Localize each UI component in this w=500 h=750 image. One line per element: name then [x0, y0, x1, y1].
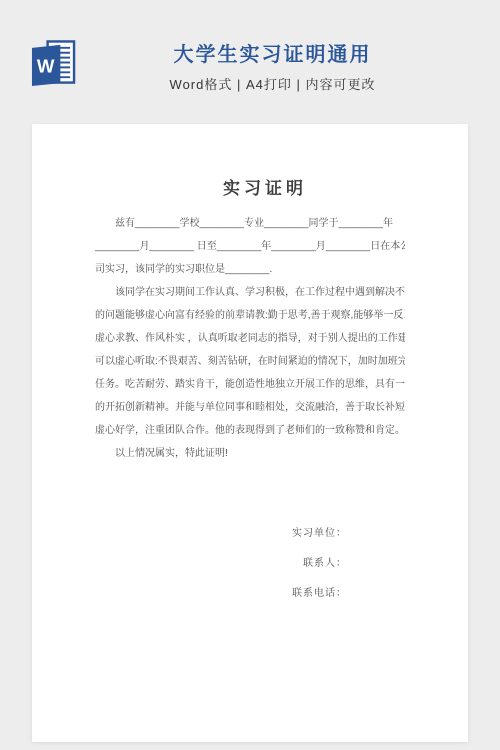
word-icon-graphic: W	[30, 40, 77, 86]
document-body: 兹有________学校________专业________同学于_______…	[95, 212, 405, 465]
text-line: 司实习，该同学的实习职位是________.	[95, 258, 405, 281]
text-line: 以上情况属实，特此证明!	[95, 442, 405, 465]
header: W 大学生实习证明通用 Word格式 | A4打印 | 内容可更改	[0, 0, 500, 124]
text-line: 的问题能够虚心向富有经验的前辈请教:勤于思考,善于观察,能够举一反三:	[95, 304, 405, 327]
document-title: 实习证明	[95, 180, 405, 197]
paragraph-2: 该同学在实习期间工作认真、学习积极，在工作过程中遇到解决不了的问题能够虚心向富有…	[95, 281, 405, 442]
word-icon-letter: W	[37, 55, 55, 76]
text-line: 该同学在实习期间工作认真、学习积极，在工作过程中遇到解决不了	[95, 281, 405, 304]
signature-contact-label: 联系人：	[95, 549, 347, 579]
text-line: 虚心求教、作风朴实 ，认真听取老同志的指导，对于别人提出的工作建议，	[95, 327, 405, 350]
paragraph-3: 以上情况属实，特此证明!	[95, 442, 405, 465]
signature-unit-label: 实习单位：	[95, 519, 347, 549]
word-icon: W	[30, 40, 77, 86]
document-page: 实习证明 兹有________学校________专业________同学于__…	[32, 124, 468, 742]
signature-block: 实习单位：联系人：联系电话：	[95, 519, 405, 609]
signature-phone-label: 联系电话：	[95, 579, 347, 609]
text-line: ________月________ 日至________年________月__…	[95, 235, 405, 258]
page-title: 大学生实习证明通用	[45, 44, 500, 66]
text-line: 可以虚心听取:不畏艰苦、刻苦钻研，在时间紧迫的情况下，加时加班完成	[95, 350, 405, 373]
text-line: 任务。吃苦耐劳、踏实肯干，能创造性地独立开展工作的思维，具有一定	[95, 373, 405, 396]
text-line: 虚心好学，注重团队合作。他的表现得到了老师们的一致称赞和肯定。	[95, 419, 405, 442]
page-subtitle: Word格式 | A4打印 | 内容可更改	[45, 74, 500, 93]
text-line: 的开拓创新精神。并能与单位同事和睦相处，交流融洽，善于取长补短，	[95, 396, 405, 419]
text-line: 兹有________学校________专业________同学于_______…	[95, 212, 405, 235]
paragraph-1: 兹有________学校________专业________同学于_______…	[95, 212, 405, 281]
